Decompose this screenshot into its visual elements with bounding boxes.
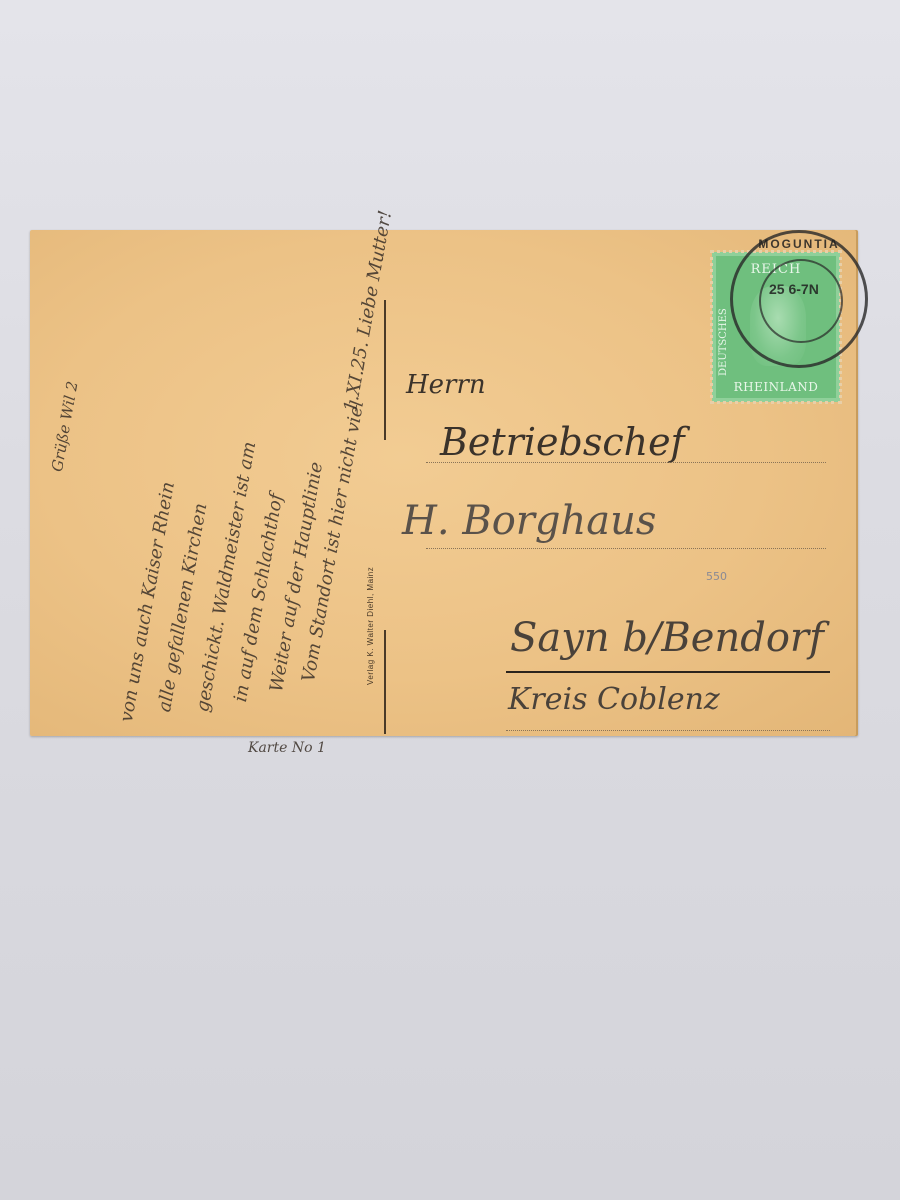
address-salutation: Herrn <box>406 370 486 400</box>
message-line: 1.XI.25. Liebe Mutter! <box>340 209 396 414</box>
stamp-left-text: DEUTSCHES <box>718 308 729 376</box>
postmark-date: 25 6-7N <box>769 281 819 297</box>
postmark-city: MOGUNTIA <box>733 237 865 251</box>
handwritten-message: 1.XI.25. Liebe Mutter! Vom Standort ist … <box>40 270 370 730</box>
postcard: 1.XI.25. Liebe Mutter! Vom Standort ist … <box>30 230 858 736</box>
address-underline <box>506 671 830 673</box>
divider-line-top <box>384 300 386 440</box>
publisher-imprint: Verlag K. Walter Diehl, Mainz <box>366 567 375 685</box>
pencil-note: 550 <box>706 570 727 583</box>
address-city: Sayn b/Bendorf <box>510 615 824 661</box>
address-title: Betriebschef <box>440 420 685 464</box>
address-line-2 <box>426 548 826 549</box>
postmark-inner-ring <box>759 259 843 343</box>
address-district: Kreis Coblenz <box>508 682 720 717</box>
postmark-cancel: MOGUNTIA 25 6-7N <box>730 230 868 368</box>
stamp-region-text: RHEINLAND <box>716 380 836 394</box>
divider-line-bottom <box>384 630 386 734</box>
address-name: H. Borghaus <box>402 498 656 544</box>
card-number: Karte No 1 <box>248 740 326 756</box>
message-line: Grüße Wil 2 <box>48 380 82 473</box>
address-line-4 <box>506 730 830 731</box>
address-line-1 <box>426 462 826 463</box>
